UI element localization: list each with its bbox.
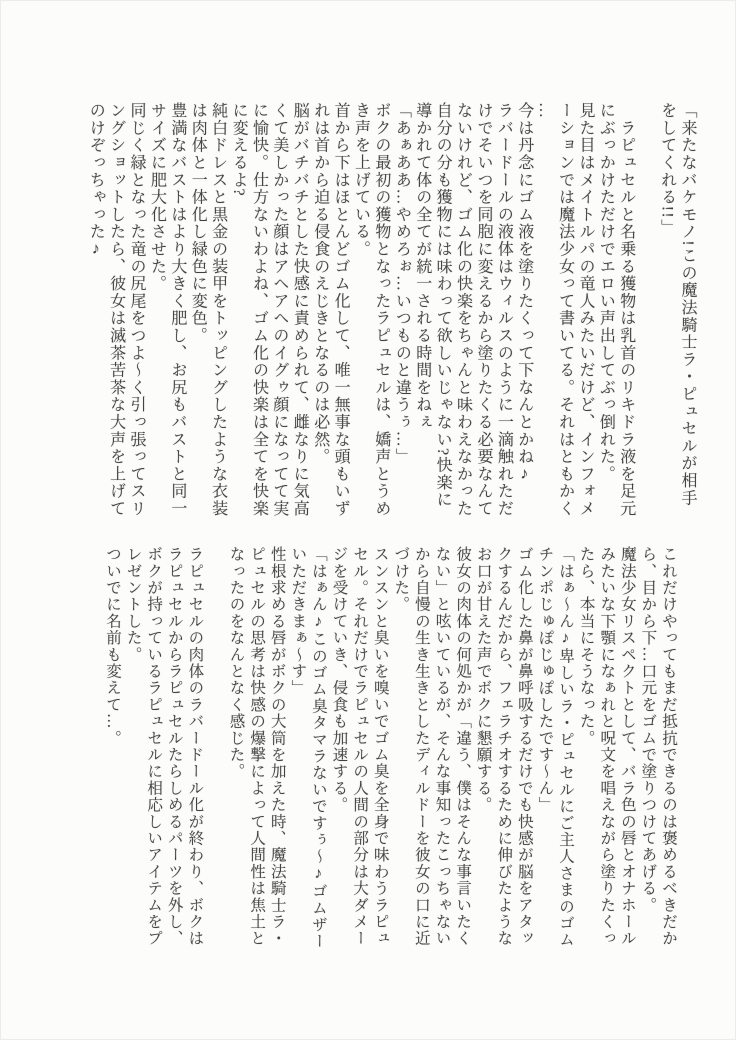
text-column: ラピュセルの肉体のラバードール化が終わり、ボクは xyxy=(184,546,205,948)
text-column: 彼女の肉体の何処かが「違う、僕はそんな事言いたく xyxy=(451,546,472,948)
text-column: 脳がバチバチとした快感に責められて、雌なりに気高 xyxy=(289,102,309,530)
text-column: お口が甘えた声でボクに懇願する。 xyxy=(472,546,493,948)
text-column: サイズに肥大化させた。 xyxy=(146,102,166,530)
text-column: にぶっかけただけでエロい声出してぶっ倒れた。 xyxy=(595,102,615,530)
text-column: から自慢の生き生きとしたディルドーを彼女の口に近 xyxy=(410,546,431,948)
text-column: 性根求める唇がボクの大筒を加えた時、魔法騎士ラ・ xyxy=(266,546,287,948)
text-column: 今は丹念にゴム液を塗りたくって下なんとかね♪ xyxy=(513,102,533,530)
text-column: クするんだから、フェラチオするために伸びたような xyxy=(493,546,514,948)
text-block-bottom: これだけやってもまだ抵抗できるのは褒めるべきだから、目から下…口元をゴムで塗りつ… xyxy=(101,546,678,948)
text-column: 純白ドレスと黒金の装甲をトッピングしたような衣装 xyxy=(207,102,227,530)
text-column: 見た目はメイトルパの竜人みたいだけど、インフォメ xyxy=(575,102,595,530)
text-column: ボクが持っているラピュセルに相応しいアイテムをプ xyxy=(143,546,164,948)
text-column: スンスンと臭いを嗅いでゴム臭を全身で味わうラピュ xyxy=(369,546,390,948)
text-column: ら、目から下…口元をゴムで塗りつけてあげる。 xyxy=(637,546,658,948)
text-column: れは首から迫る侵食のえじきとなるのは必然。 xyxy=(309,102,329,530)
text-column: ングショットしたら、彼女は滅茶苦茶な大声を上げて xyxy=(105,102,125,530)
text-column: ゴム化した鼻が鼻呼吸するだけでも快感が脳をアタッ xyxy=(513,546,534,948)
text-column: のけぞっちゃった♪ xyxy=(85,102,105,530)
text-column: みたいな下顎になぁれと呪文を唱えながら塗りたくっ xyxy=(596,546,617,948)
text-column: ラバードールの液体はウィルスのように一滴触れただ xyxy=(493,102,513,530)
text-column: レゼントした。 xyxy=(122,546,143,948)
text-block-top: 「来たなバケモノ!この魔法騎士ラ・ピュセルが相手をしてくれる!!」 ラピュセルと… xyxy=(85,102,697,530)
text-column: は肉体と一体化し緑色に変色。 xyxy=(187,102,207,530)
text-column: 「はぁ〜ん♪卑しいラ・ピュセルにご主人さまのゴム xyxy=(554,546,575,948)
text-column xyxy=(204,546,225,948)
text-column xyxy=(636,102,656,530)
text-column: 豊満なバストはより大きく肥し、お尻もバストと同一 xyxy=(166,102,186,530)
text-column: ピュセルの思考は快感の爆撃によって人間性は焦土と xyxy=(246,546,267,948)
text-column: に愉快。仕方ないわよね、ゴム化の快楽は全てを快楽 xyxy=(248,102,268,530)
text-column: ラピュセルと名乗る獲物は乳首のリキドラ液を足元 xyxy=(615,102,635,530)
text-column: 「来たなバケモノ!この魔法騎士ラ・ピュセルが相手 xyxy=(677,102,697,530)
text-column: ラピュセルからラピュセルたらしめるパーツを外し、 xyxy=(163,546,184,948)
text-column: けでそいつを同胞に変えるから塗りたくる必要なんて xyxy=(473,102,493,530)
text-column: ーションでは魔法少女って書いてる。それはともかく xyxy=(554,102,574,530)
text-column: なったのをなんとなく感じた。 xyxy=(225,546,246,948)
text-column: ないけれど、ゴム化の快楽をちゃんと味わえなかった xyxy=(452,102,472,530)
text-column: 自分の分も獲物には味わって欲しいじゃない?快楽に xyxy=(432,102,452,530)
text-column: これだけやってもまだ抵抗できるのは褒めるべきだか xyxy=(657,546,678,948)
text-column: … xyxy=(534,102,554,530)
text-column: 「はぁん♪このゴム臭タマラないですぅ〜♪ゴムザー xyxy=(307,546,328,948)
text-column: に変えるよ? xyxy=(228,102,248,530)
scanned-text-page: 「来たなバケモノ!この魔法騎士ラ・ピュセルが相手をしてくれる!!」 ラピュセルと… xyxy=(0,0,736,1040)
text-column: ジを受けていき、侵食も加速する。 xyxy=(328,546,349,948)
text-column: 「あぁああ…やめろぉ…いつものと違うぅ…」 xyxy=(391,102,411,530)
text-column: たら、本当にそうなった。 xyxy=(575,546,596,948)
text-column: ない」と呟いているが、そんな事知ったこっちゃない xyxy=(431,546,452,948)
text-column: をしてくれる!!」 xyxy=(656,102,676,530)
text-column: づけた。 xyxy=(390,546,411,948)
text-column: チンポじゅぽじゅぽしたです〜ん」 xyxy=(534,546,555,948)
text-column: 首から下はほとんどゴム化して、唯一無事な頭もいず xyxy=(330,102,350,530)
text-column: ついでに名前も変えて…。 xyxy=(101,546,122,948)
text-column: いただきまぁ〜す」 xyxy=(287,546,308,948)
text-column: 魔法少女リスペクトとして、バラ色の唇とオナホール xyxy=(616,546,637,948)
text-column: 同じく緑となった竜の尻尾をつよ〜く引っ張ってスリ xyxy=(126,102,146,530)
text-column: ボクの最初の獲物となったラピュセルは、嬌声とうめ xyxy=(371,102,391,530)
text-column: き声を上げている。 xyxy=(350,102,370,530)
text-column: セル。それだけでラピュセルの人間の部分は大ダメー xyxy=(349,546,370,948)
text-column: 導かれて体の全てが統一される時間をねぇ xyxy=(411,102,431,530)
text-column: くて美しかった顔はアヘアヘのイグゥ顔になってて実 xyxy=(268,102,288,530)
